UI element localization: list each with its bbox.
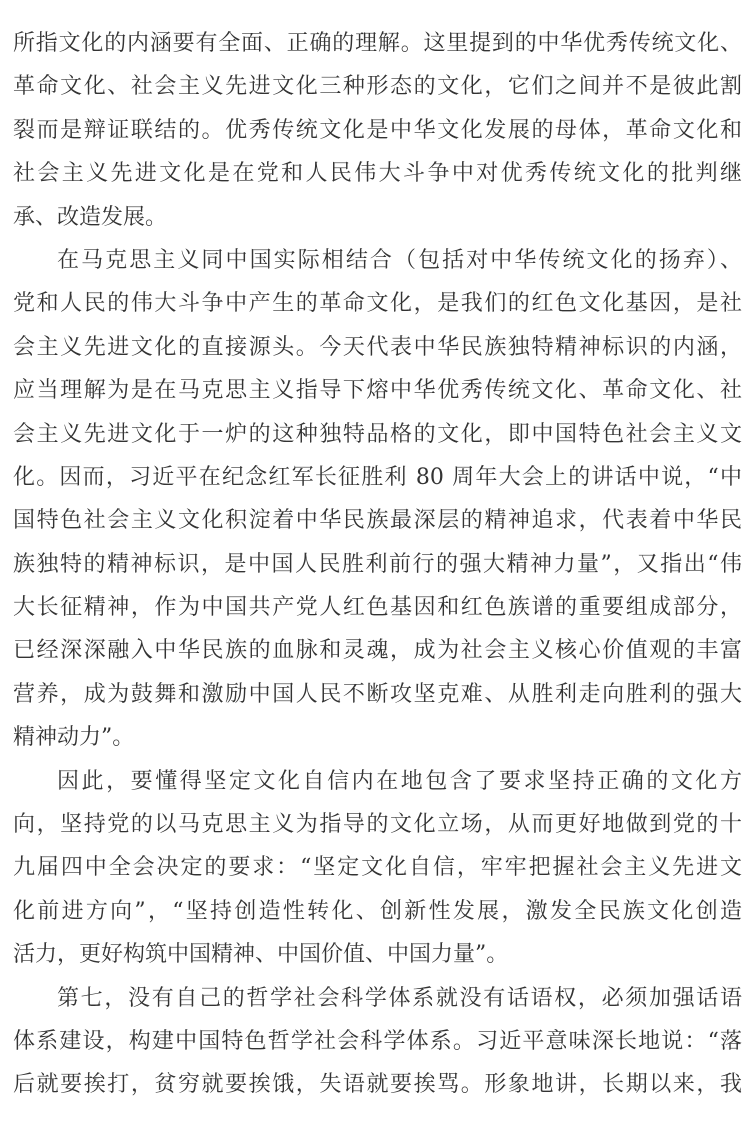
text-line: 活力，更好构筑中国精神、中国价值、中国力量”。	[13, 933, 742, 976]
text-line: 应当理解为是在马克思主义指导下熔中华优秀传统文化、革命文化、社	[13, 369, 742, 412]
text-line: 会主义先进文化于一炉的这种独特品格的文化，即中国特色社会主义文	[13, 413, 742, 456]
text-line: 承、改造发展。	[13, 196, 742, 239]
text-line: 在马克思主义同中国实际相结合（包括对中华传统文化的扬弃）、	[13, 239, 742, 282]
document-page: 所指文化的内涵要有全面、正确的理解。这里提到的中华优秀传统文化、革命文化、社会主…	[0, 0, 756, 1134]
text-line: 党和人民的伟大斗争中产生的革命文化，是我们的红色文化基因，是社	[13, 282, 742, 325]
text-line: 精神动力”。	[13, 716, 742, 759]
text-line: 裂而是辩证联结的。优秀传统文化是中华文化发展的母体，革命文化和	[13, 109, 742, 152]
text-line: 向，坚持党的以马克思主义为指导的文化立场，从而更好地做到党的十	[13, 803, 742, 846]
text-line: 因此，要懂得坚定文化自信内在地包含了要求坚持正确的文化方	[13, 760, 742, 803]
text-line: 族独特的精神标识，是中国人民胜利前行的强大精神力量”，又指出“伟	[13, 543, 742, 586]
text-line: 第七，没有自己的哲学社会科学体系就没有话语权，必须加强话语	[13, 977, 742, 1020]
text-line: 革命文化、社会主义先进文化三种形态的文化，它们之间并不是彼此割	[13, 65, 742, 108]
text-line: 九届四中全会决定的要求：“坚定文化自信，牢牢把握社会主义先进文	[13, 846, 742, 889]
text-line: 所指文化的内涵要有全面、正确的理解。这里提到的中华优秀传统文化、	[13, 22, 742, 65]
text-line: 后就要挨打，贫穷就要挨饿，失语就要挨骂。形象地讲，长期以来，我	[13, 1063, 742, 1106]
text-line: 已经深深融入中华民族的血脉和灵魂，成为社会主义核心价值观的丰富	[13, 629, 742, 672]
text-line: 化前进方向”，“坚持创造性转化、创新性发展，激发全民族文化创造	[13, 890, 742, 933]
text-line: 大长征精神，作为中国共产党人红色基因和红色族谱的重要组成部分，	[13, 586, 742, 629]
text-line: 会主义先进文化的直接源头。今天代表中华民族独特精神标识的内涵，	[13, 326, 742, 369]
text-line: 国特色社会主义文化积淀着中华民族最深层的精神追求，代表着中华民	[13, 499, 742, 542]
text-line: 体系建设，构建中国特色哲学社会科学体系。习近平意味深长地说：“落	[13, 1020, 742, 1063]
text-line: 营养，成为鼓舞和激励中国人民不断攻坚克难、从胜利走向胜利的强大	[13, 673, 742, 716]
document-text-block: 所指文化的内涵要有全面、正确的理解。这里提到的中华优秀传统文化、革命文化、社会主…	[13, 22, 742, 1107]
text-line: 化。因而，习近平在纪念红军长征胜利 80 周年大会上的讲话中说，“中	[13, 456, 742, 499]
text-line: 社会主义先进文化是在党和人民伟大斗争中对优秀传统文化的批判继	[13, 152, 742, 195]
